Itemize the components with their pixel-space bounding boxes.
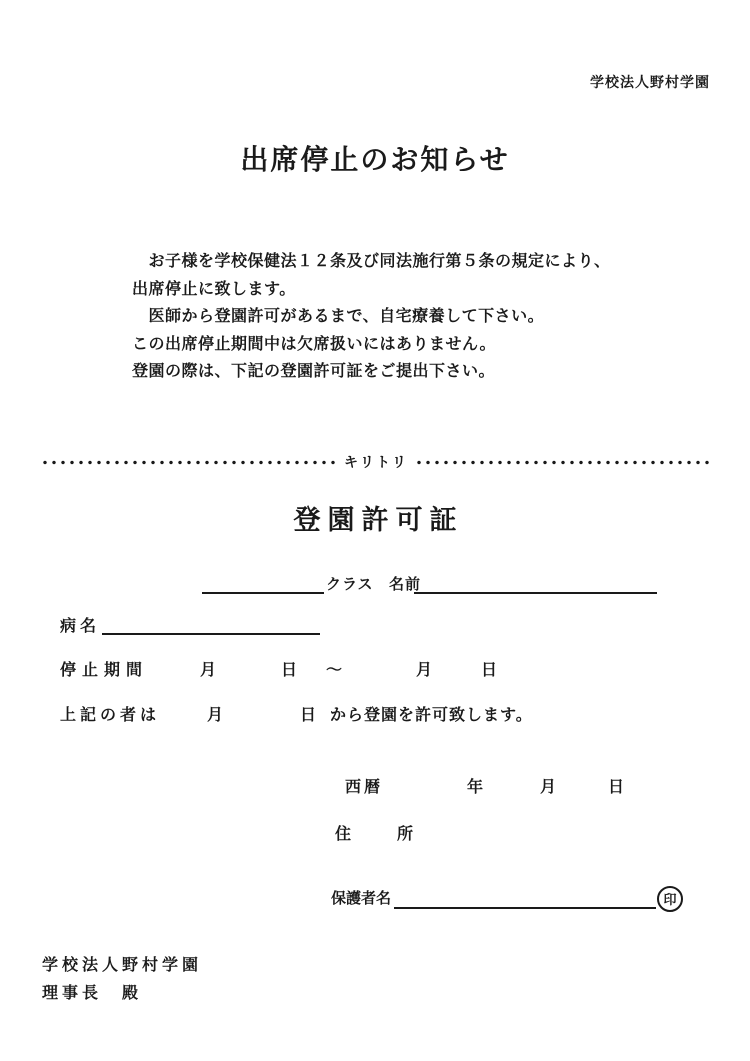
range-tilde: 〜 [326,657,342,680]
notice-body-line: 登園の際は、下記の登園許可証をご提出下さい。 [132,358,632,386]
guardian-label: 保護者名 [331,887,391,908]
notice-body-line: この出席停止期間中は欠席扱いにはありません。 [132,331,632,359]
name-blank-line [414,570,657,594]
day-label: 日 [300,702,316,725]
cut-line-label: キリトリ [344,452,408,472]
footer-org: 学校法人野村学園 [42,952,202,975]
month-label: 月 [540,774,556,797]
notice-body: お子様を学校保健法１２条及び同法施行第５条の規定により、 出席停止に致します。 … [132,248,632,386]
cut-line-dots-left [40,459,338,466]
cut-line-dots-right [414,459,712,466]
day-label: 日 [481,657,497,680]
month-label: 月 [207,702,223,725]
guardian-blank-line [394,885,656,909]
disease-label: 病名 [60,613,100,636]
footer-addressee: 理事長 殿 [42,980,142,1003]
day-label: 日 [608,774,624,797]
month-label: 月 [200,657,216,680]
notice-body-line: 医師から登園許可があるまで、自宅療養して下さい。 [132,303,632,331]
address-label-left: 住 [335,821,351,844]
notice-title: 出席停止のお知らせ [0,138,750,178]
notice-body-line: 出席停止に致します。 [132,276,632,304]
permit-title: 登園許可証 [0,498,750,537]
seal-mark-icon: 印 [657,886,683,912]
class-label: クラス [326,573,374,594]
era-label: 西暦 [345,774,383,797]
suspension-period-label: 停止期間 [60,657,148,680]
approval-prefix: 上記の者は [60,702,160,725]
cut-here-line: キリトリ [40,450,712,474]
seal-mark-character: 印 [663,893,676,906]
day-label: 日 [281,657,297,680]
approval-suffix: から登園を許可致します。 [330,702,533,725]
notice-body-line: お子様を学校保健法１２条及び同法施行第５条の規定により、 [132,248,632,276]
class-blank-line [202,570,324,594]
scanned-notice-document: 学校法人野村学園 出席停止のお知らせ お子様を学校保健法１２条及び同法施行第５条… [0,0,750,1061]
disease-blank-line [102,611,320,635]
org-header: 学校法人野村学園 [590,72,710,92]
year-label: 年 [467,774,483,797]
address-label-right: 所 [397,821,413,844]
month-label: 月 [416,657,432,680]
